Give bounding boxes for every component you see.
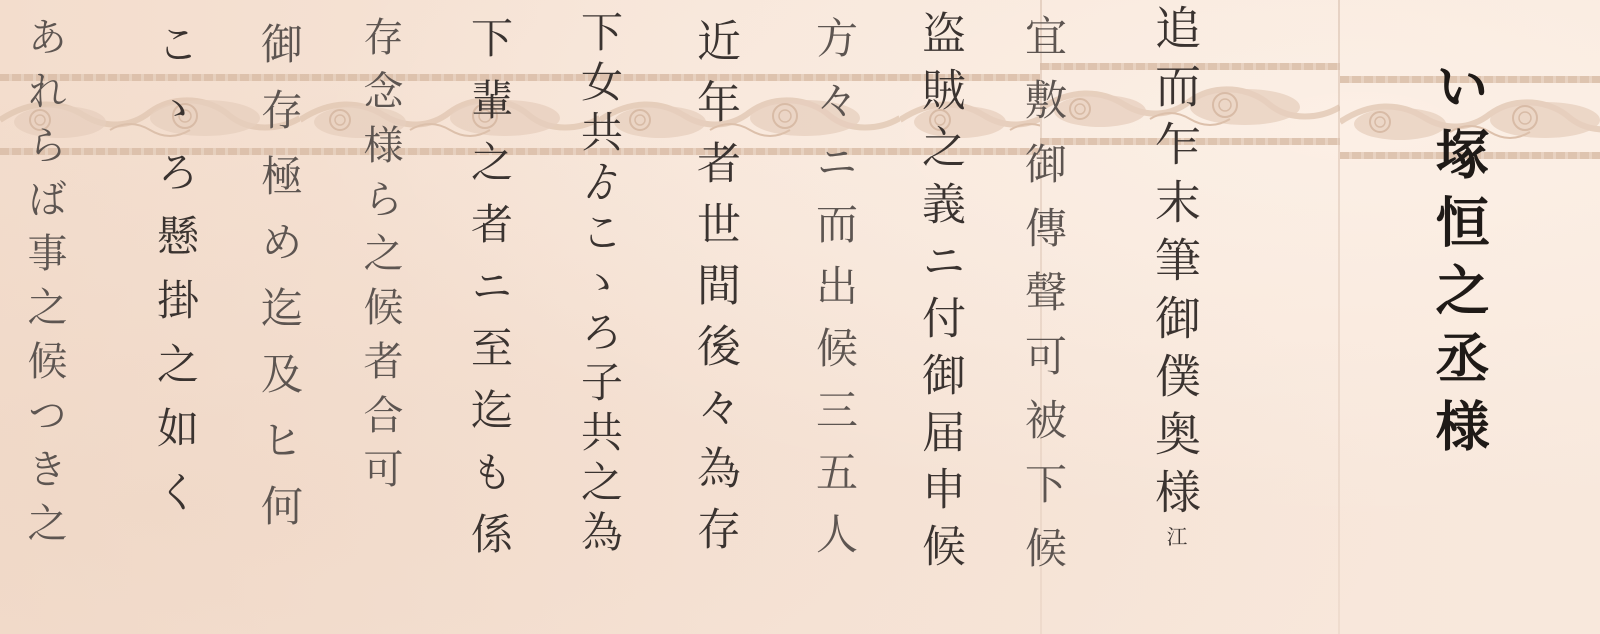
letter-column: 方々ニ而出候三五人 (813, 16, 855, 574)
letter-column: 下女共ゟこゝろ子共之為 (578, 10, 620, 560)
letter-column: あれらば事之候つき之 (24, 16, 64, 556)
letter-column: 追而乍末筆御僕奥様江 (1152, 4, 1198, 559)
letter-column: 存念様ら之候者合可 (360, 16, 400, 502)
column-suffix: 江 (1163, 526, 1187, 559)
column-text: 追而乍末筆御僕奥様 (1148, 4, 1202, 526)
letter-column: 近年者世間後々為存 (692, 18, 736, 567)
address-column: い塚恒之丞様 (1432, 58, 1486, 466)
letter-column: 下輩之者ニ至迄も係 (468, 16, 510, 574)
letter-column: 御存極め迄及ヒ何 (258, 22, 300, 550)
letter-column: 宜敷御傳聲可被下候 (1022, 14, 1064, 590)
letter-column: こゝろ懸掛之如く (154, 22, 196, 534)
letter-column: 盗賊之義ニ付御届申候 (917, 10, 961, 580)
paper-seam (1338, 0, 1340, 634)
